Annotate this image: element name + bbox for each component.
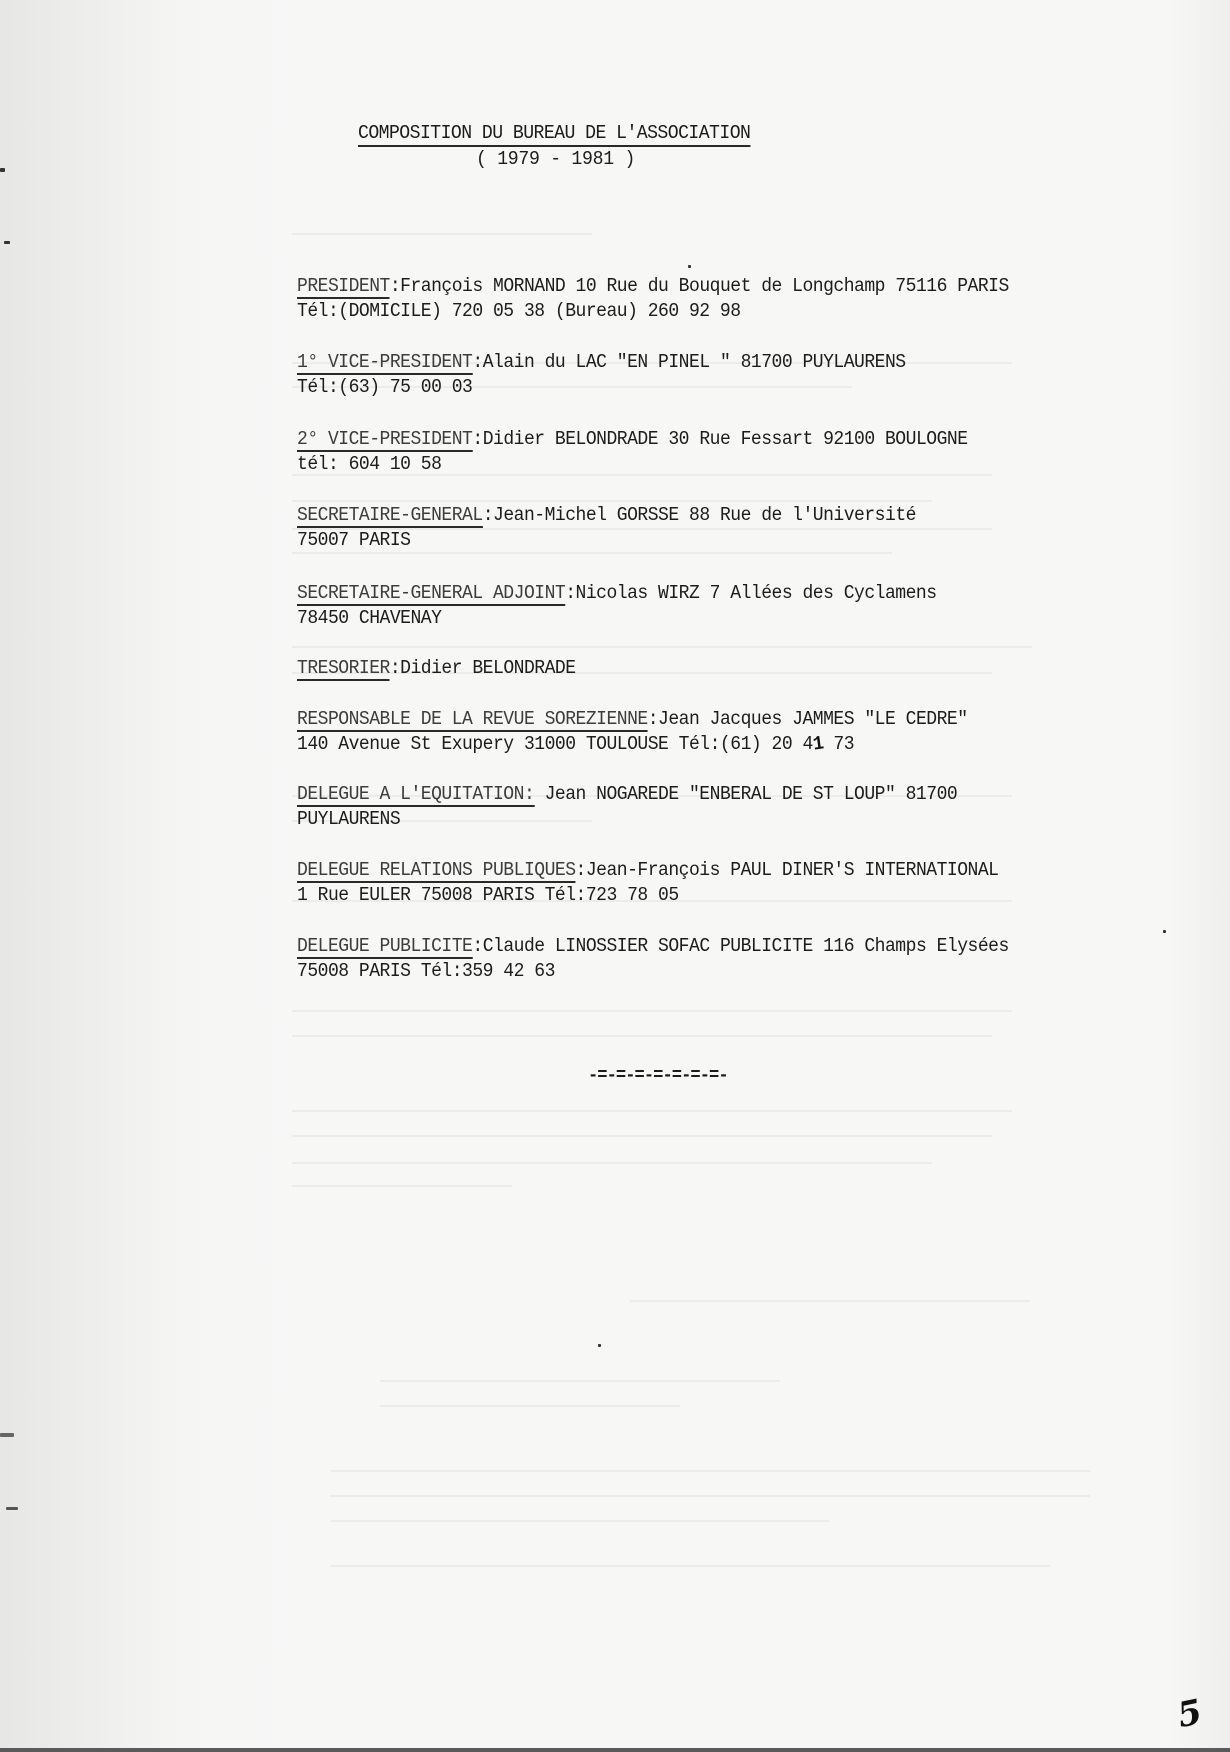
entry-tresorier: TRESORIER:Didier BELONDRADE xyxy=(297,656,576,681)
entry-contact: PUYLAURENS xyxy=(297,807,957,832)
entry-line: PRESIDENT:François MORNAND 10 Rue du Bou… xyxy=(297,274,1009,299)
scan-speck xyxy=(598,1344,601,1347)
entry-details: :Alain du LAC "EN PINEL " 81700 PUYLAURE… xyxy=(472,351,905,373)
entry-line: 1° VICE-PRESIDENT:Alain du LAC "EN PINEL… xyxy=(297,350,906,375)
entry-contact: 1 Rue EULER 75008 PARIS Tél:723 78 05 xyxy=(297,883,998,908)
entry-line: SECRETAIRE-GENERAL:Jean-Michel GORSSE 88… xyxy=(297,503,916,528)
entry-president: PRESIDENT:François MORNAND 10 Rue du Bou… xyxy=(297,274,1009,324)
entry-details: :Jean Jacques JAMMES "LE CEDRE" xyxy=(648,708,968,730)
entry-contact-text: 73 xyxy=(823,733,854,755)
role-label: TRESORIER xyxy=(297,657,390,681)
role-label: 1° VICE-PRESIDENT xyxy=(297,351,472,375)
entry-contact: 78450 CHAVENAY xyxy=(297,606,937,631)
role-label: 2° VICE-PRESIDENT xyxy=(297,428,472,452)
entry-vice-president-2: 2° VICE-PRESIDENT:Didier BELONDRADE 30 R… xyxy=(297,427,968,477)
role-label: DELEGUE PUBLICITE xyxy=(297,935,472,959)
entry-contact-text: 140 Avenue St Exupery 31000 TOULOUSE Tél… xyxy=(297,733,813,755)
scan-speck xyxy=(0,168,5,172)
entry-details: :Claude LINOSSIER SOFAC PUBLICITE 116 Ch… xyxy=(472,935,1008,957)
entry-contact: 75007 PARIS xyxy=(297,528,916,553)
section-separator: -=-=-=-=-=-=-=- xyxy=(588,1066,728,1086)
role-label: SECRETAIRE-GENERAL ADJOINT xyxy=(297,582,565,606)
document-title-text: COMPOSITION DU BUREAU DE L'ASSOCIATION xyxy=(358,122,750,147)
entry-delegue-publicite: DELEGUE PUBLICITE:Claude LINOSSIER SOFAC… xyxy=(297,934,1009,984)
entry-contact: tél: 604 10 58 xyxy=(297,452,968,477)
scan-speck xyxy=(1163,930,1166,933)
document-title: COMPOSITION DU BUREAU DE L'ASSOCIATION xyxy=(358,122,750,144)
entry-details: :Jean-Michel GORSSE 88 Rue de l'Universi… xyxy=(483,504,916,526)
scan-bottom-edge xyxy=(0,1748,1230,1752)
role-label: SECRETAIRE-GENERAL xyxy=(297,504,483,528)
entry-secretaire-general: SECRETAIRE-GENERAL:Jean-Michel GORSSE 88… xyxy=(297,503,916,553)
entry-line: RESPONSABLE DE LA REVUE SOREZIENNE:Jean … xyxy=(297,707,968,732)
entry-contact: 75008 PARIS Tél:359 42 63 xyxy=(297,959,1009,984)
scan-shading xyxy=(0,0,300,1752)
document-period: ( 1979 - 1981 ) xyxy=(476,148,635,170)
scan-speck xyxy=(688,265,691,268)
entry-secretaire-general-adjoint: SECRETAIRE-GENERAL ADJOINT:Nicolas WIRZ … xyxy=(297,581,937,631)
entry-details: :François MORNAND 10 Rue du Bouquet de L… xyxy=(390,275,1009,297)
entry-contact: Tél:(DOMICILE) 720 05 38 (Bureau) 260 92… xyxy=(297,299,1009,324)
page-number: 5 xyxy=(1174,1692,1205,1736)
role-label: DELEGUE RELATIONS PUBLIQUES xyxy=(297,859,576,883)
entry-delegue-equitation: DELEGUE A L'EQUITATION: Jean NOGAREDE "E… xyxy=(297,782,957,832)
entry-details: :Didier BELONDRADE 30 Rue Fessart 92100 … xyxy=(472,428,967,450)
entry-vice-president-1: 1° VICE-PRESIDENT:Alain du LAC "EN PINEL… xyxy=(297,350,906,400)
scan-speck xyxy=(0,1433,14,1437)
entry-line: DELEGUE A L'EQUITATION: Jean NOGAREDE "E… xyxy=(297,782,957,807)
scan-speck xyxy=(6,1507,18,1510)
entry-responsable-revue: RESPONSABLE DE LA REVUE SOREZIENNE:Jean … xyxy=(297,707,968,757)
scan-speck xyxy=(4,241,10,244)
role-label: DELEGUE A L'EQUITATION: xyxy=(297,783,534,807)
entry-line: TRESORIER:Didier BELONDRADE xyxy=(297,656,576,681)
entry-delegue-relations-publiques: DELEGUE RELATIONS PUBLIQUES:Jean-Françoi… xyxy=(297,858,998,908)
entry-details: Jean NOGAREDE "ENBERAL DE ST LOUP" 81700 xyxy=(534,783,957,805)
entry-details: :Didier BELONDRADE xyxy=(390,657,576,679)
entry-details: :Jean-François PAUL DINER'S INTERNATIONA… xyxy=(576,859,999,881)
role-label: RESPONSABLE DE LA REVUE SOREZIENNE xyxy=(297,708,648,732)
entry-contact: Tél:(63) 75 00 03 xyxy=(297,375,906,400)
scan-shading-right xyxy=(1170,0,1230,1752)
entry-contact: 140 Avenue St Exupery 31000 TOULOUSE Tél… xyxy=(297,732,968,757)
role-label: PRESIDENT xyxy=(297,275,390,299)
entry-line: DELEGUE RELATIONS PUBLIQUES:Jean-Françoi… xyxy=(297,858,998,883)
entry-line: SECRETAIRE-GENERAL ADJOINT:Nicolas WIRZ … xyxy=(297,581,937,606)
entry-details: :Nicolas WIRZ 7 Allées des Cyclamens xyxy=(565,582,936,604)
entry-line: DELEGUE PUBLICITE:Claude LINOSSIER SOFAC… xyxy=(297,934,1009,959)
entry-line: 2° VICE-PRESIDENT:Didier BELONDRADE 30 R… xyxy=(297,427,968,452)
